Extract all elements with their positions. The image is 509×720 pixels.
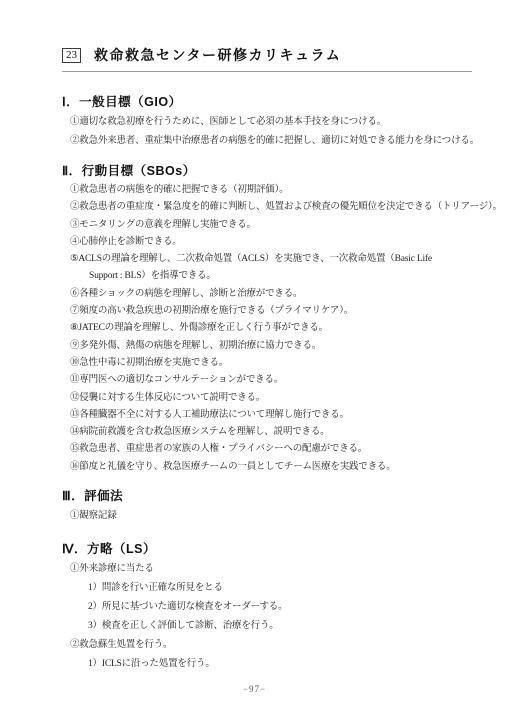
document-line: ⑦頻度の高い救急疾患の初期治療を施行できる（プライマリケア）。 xyxy=(62,303,472,320)
document-line: ⑧JATECの理論を理解し、外傷診療を正しく行う事ができる。 xyxy=(62,320,472,337)
document-line: ⑭病院前救護を含む救急医療システムを理解し、説明できる。 xyxy=(62,424,472,441)
document-line: ⑥各種ショックの病態を理解し、診断と治療ができる。 xyxy=(62,286,472,303)
sections: Ⅰ．一般目標（GIO）①適切な救急初療を行うために、医師として必須の基本手技を身… xyxy=(62,94,472,674)
page-content: 23救命救急センター研修カリキュラム Ⅰ．一般目標（GIO）①適切な救急初療を行… xyxy=(62,0,472,674)
document-line: ⑯節度と礼儀を守り、救急医療チームの一員としてチーム医療を実践できる。 xyxy=(62,459,472,476)
document-line: ⑮救急患者、重症患者の家族の人権・プライバシーへの配慮ができる。 xyxy=(62,441,472,458)
document-line: ②救急患者の重症度・緊急度を的確に判断し、処置および検査の優先順位を決定できる（… xyxy=(62,199,472,216)
chapter-title: 23救命救急センター研修カリキュラム xyxy=(62,47,472,72)
document-line: ⑨多発外傷、熱傷の病態を理解し、初期治療に協力できる。 xyxy=(62,338,472,355)
section: Ⅰ．一般目標（GIO）①適切な救急初療を行うために、医師として必須の基本手技を身… xyxy=(62,94,472,150)
document-line: ③モニタリングの意義を理解し実施できる。 xyxy=(62,217,472,234)
document-line: ⑫侵襲に対する生体反応について説明できる。 xyxy=(62,390,472,407)
section-heading: Ⅰ．一般目標（GIO） xyxy=(62,94,472,110)
document-line: ①外来診療に当たる xyxy=(62,560,472,579)
document-line: Support : BLS）を指導できる。 xyxy=(62,268,472,285)
section: Ⅳ．方略（LS）①外来診療に当たる1）問診を行い正確な所見をとる2）所見に基づい… xyxy=(62,541,472,674)
chapter-title-text: 救命救急センター研修カリキュラム xyxy=(94,47,341,63)
document-page: 23救命救急センター研修カリキュラム Ⅰ．一般目標（GIO）①適切な救急初療を行… xyxy=(0,0,509,720)
document-line: 1）問診を行い正確な所見をとる xyxy=(62,579,472,598)
document-line: ①救急患者の病態を的確に把握できる（初期評価）。 xyxy=(62,182,472,199)
document-line: ①観察記録 xyxy=(62,507,472,526)
document-line: ⑪専門医への適切なコンサルテーションができる。 xyxy=(62,372,472,389)
section-heading: Ⅲ．評価法 xyxy=(62,488,472,504)
section: Ⅲ．評価法①観察記録 xyxy=(62,488,472,526)
document-line: ②救急外来患者、重症集中治療患者の病態を的確に把握し、適切に対処できる能力を身に… xyxy=(62,132,472,151)
section-heading: Ⅳ．方略（LS） xyxy=(62,541,472,557)
document-line: ②救急蘇生処置を行う。 xyxy=(62,636,472,655)
document-line: 3）検査を正しく評価して診断、治療を行う。 xyxy=(62,617,472,636)
page-number: −97− xyxy=(0,684,509,694)
document-line: 2）所見に基づいた適切な検査をオーダーする。 xyxy=(62,598,472,617)
document-line: ⑬各種臓器不全に対する人工補助療法について理解し施行できる。 xyxy=(62,407,472,424)
chapter-number-box: 23 xyxy=(62,48,81,63)
document-line: ⑤ACLSの理論を理解し、二次救命処置（ACLS）を実施でき、一次救命処置（Ba… xyxy=(62,251,472,268)
document-line: ④心肺停止を診断できる。 xyxy=(62,234,472,251)
document-line: ①適切な救急初療を行うために、医師として必須の基本手技を身につける。 xyxy=(62,113,472,132)
section-heading: Ⅱ．行動目標（SBOs） xyxy=(62,163,472,179)
section: Ⅱ．行動目標（SBOs）①救急患者の病態を的確に把握できる（初期評価）。②救急患… xyxy=(62,163,472,476)
document-line: 1）ICLSに沿った処置を行う。 xyxy=(62,655,472,674)
document-line: ⑩急性中毒に初期治療を実施できる。 xyxy=(62,355,472,372)
